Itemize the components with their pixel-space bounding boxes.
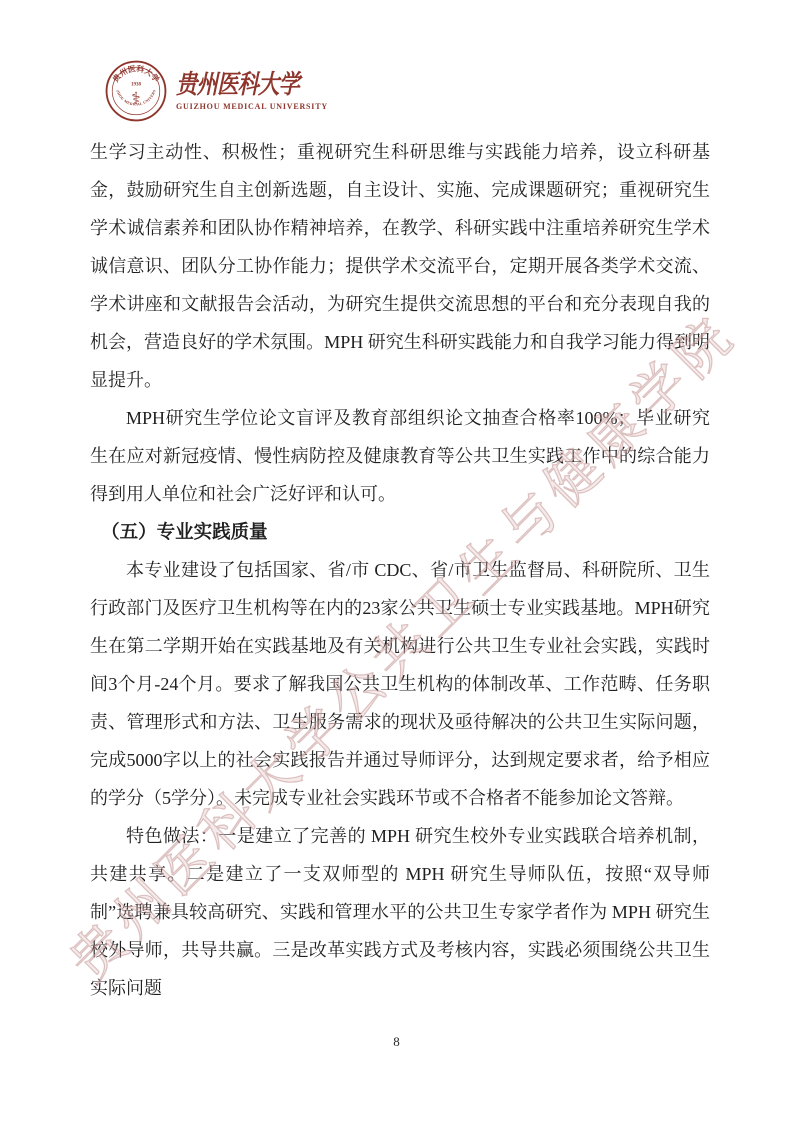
university-wordmark-english: GUIZHOU MEDICAL UNIVERSITY [176,102,328,111]
university-seal-icon: 贵州医科大学 GUIZHOU MEDICAL UNIVERSITY 1938 ⚕ [105,60,167,122]
university-wordmark-block: 贵州医科大学 GUIZHOU MEDICAL UNIVERSITY [176,71,328,112]
caduceus-icon: ⚕ [131,88,141,108]
university-wordmark: 贵州医科大学 [176,71,299,100]
seal-arc-top-text: 贵州医科大学 [110,63,162,84]
section-heading-practice-quality: （五）专业实践质量 [90,513,710,551]
paragraph-thesis-quality: MPH研究生学位论文盲评及教育部组织论文抽查合格率100%；毕业研究生在应对新冠… [90,399,710,513]
svg-text:贵州医科大学: 贵州医科大学 [110,63,162,84]
seal-year-text: 1938 [131,82,141,87]
paragraph-special-measures: 特色做法：一是建立了完善的 MPH 研究生校外专业实践联合培养机制，共建共享。二… [90,817,710,1007]
university-logo: 贵州医科大学 GUIZHOU MEDICAL UNIVERSITY 1938 ⚕… [105,60,328,122]
document-body: 生学习主动性、积极性；重视研究生科研思维与实践能力培养，设立科研基金，鼓励研究生… [90,133,710,1007]
page-number: 8 [0,1034,793,1050]
document-page: 贵州医科大学 GUIZHOU MEDICAL UNIVERSITY 1938 ⚕… [0,0,793,1122]
paragraph-continuation: 生学习主动性、积极性；重视研究生科研思维与实践能力培养，设立科研基金，鼓励研究生… [90,133,710,399]
paragraph-practice-bases: 本专业建设了包括国家、省/市 CDC、省/市卫生监督局、科研院所、卫生行政部门及… [90,551,710,817]
